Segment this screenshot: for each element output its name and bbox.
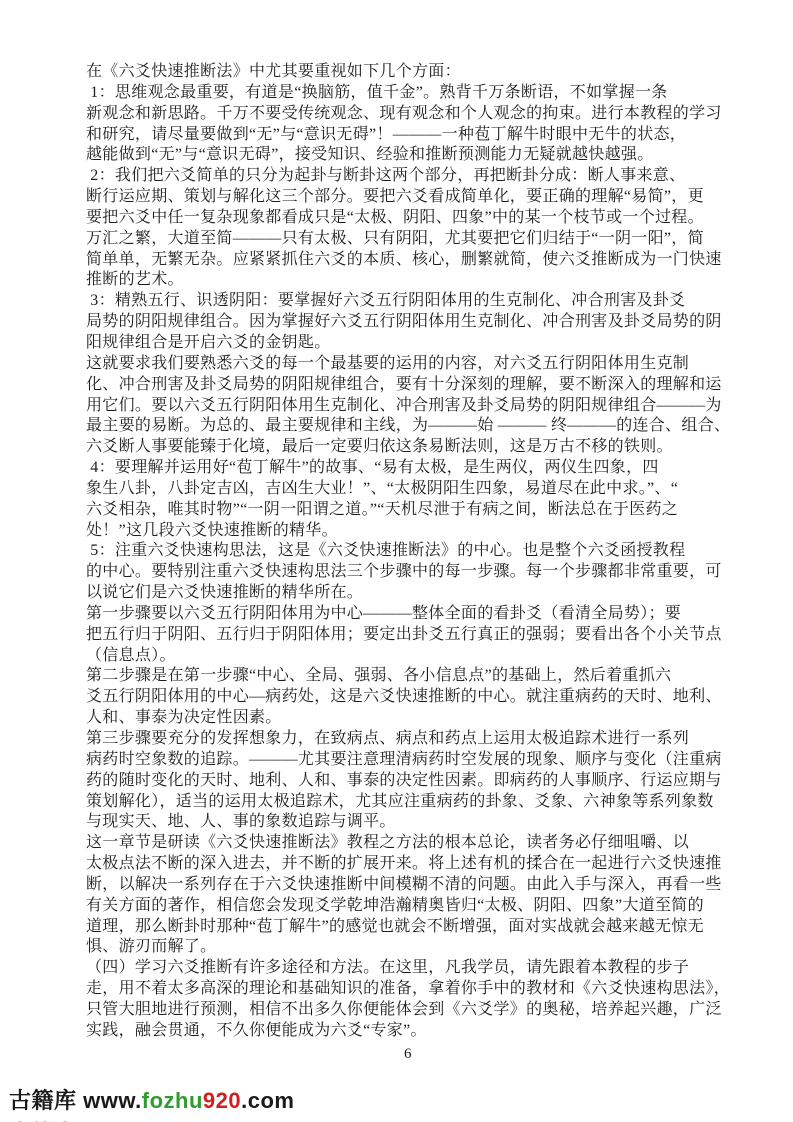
text-line: 推断的艺术。 — [86, 270, 760, 291]
page-number: 6 — [404, 1046, 412, 1063]
watermark-logo: 古籍库 www.fozhu920.com — [9, 1084, 295, 1115]
text-line: 断行运应期、策划与解化这三个部分。要把六爻看成简单化，要正确的理解“易简”，更 — [86, 187, 760, 208]
text-line: 在《六爻快速推断法》中尤其要重视如下几个方面： — [86, 62, 760, 83]
document-page: 在《六爻快速推断法》中尤其要重视如下几个方面： 1：思维观念最重要，有道是“换脑… — [0, 0, 793, 1122]
text-line: 和研究，请尽量要做到“无”与“意识无碍”！———一种苞丁解牛时眼中无牛的状态， — [86, 125, 760, 146]
text-line: 4：要理解并运用好“苞丁解牛”的故事、“易有太极，是生两仪，两仪生四象，四 — [86, 458, 760, 479]
text-line: 这一章节是研读《六爻快速推断法》教程之方法的根本总论，读者务必仔细咀嚼、以 — [86, 833, 760, 854]
text-line: 第一步骤要以六爻五行阴阳体用为中心———整体全面的看卦爻（看清全局势）；要 — [86, 604, 760, 625]
text-line: 实践，融会贯通，不久你便能成为六爻“专家”。 — [86, 1021, 760, 1042]
text-line: 六爻相杂，唯其时物”“一阴一阳谓之道。”“天机尽泄于有病之间，断法总在于医药之 — [86, 500, 760, 521]
text-line: 万汇之繁，大道至简———只有太极、只有阴阳，尤其要把它们归结于“一阴一阳”，简 — [86, 229, 760, 250]
text-line: 阳规律组合是开启六爻的金钥匙。 — [86, 333, 760, 354]
text-line: 3：精熟五行、识透阴阳：要掌握好六爻五行阴阳体用的生克制化、冲合刑害及卦爻 — [86, 291, 760, 312]
watermark-name-green: fozhu — [142, 1088, 203, 1113]
text-line: 局势的阴阳规律组合。因为掌握好六爻五行阴阳体用生克制化、冲合刑害及卦爻局势的阴 — [86, 312, 760, 333]
text-line: 5：注重六爻快速构思法，这是《六爻快速推断法》的中心。也是整个六爻函授教程 — [86, 541, 760, 562]
text-line: 与现实天、地、人、事的象数追踪与调平。 — [86, 812, 760, 833]
text-line: 处！”这几段六爻快速推断的精华。 — [86, 521, 760, 542]
text-line: 要把六爻中任一复杂现象都看成只是“太极、阴阳、四象”中的某一个枝节或一个过程。 — [86, 208, 760, 229]
watermark-cutoff-strip: 古籍库 www.fozhu920.com — [9, 1116, 294, 1122]
text-line: 只管大胆地进行预测，相信不出多久你便能体会到《六爻学》的奥秘，培养起兴趣，广泛 — [86, 1000, 760, 1021]
text-line: 六爻断人事要能臻于化境，最后一定要归依这条易断法则，这是万古不移的铁则。 — [86, 437, 760, 458]
text-line: 简单单，无繁无杂。应紧紧抓住六爻的本质、核心，删繁就简，使六爻推断成为一门快速 — [86, 250, 760, 271]
text-line: 道理，那么断卦时那种“苞丁解牛”的感觉也就会不断增强，面对实战就会越来越无惊无 — [86, 917, 760, 938]
text-line: 第二步骤是在第一步骤“中心、全局、强弱、各小信息点”的基础上，然后着重抓六 — [86, 666, 760, 687]
text-line: 断，以解决一系列存在于六爻快速推断中间模糊不清的问题。由此入手与深入，再看一些 — [86, 875, 760, 896]
text-line: 策划解化），适当的运用太极追踪术，尤其应注重病药的卦象、爻象、六神象等系列象数 — [86, 792, 760, 813]
text-line: 病药时空象数的追踪。———尤其要注意理清病药时空发展的现象、顺序与变化（注重病 — [86, 750, 760, 771]
text-line: 药的随时变化的天时、地利、人和、事泰的决定性因素。即病药的人事顺序、行运应期与 — [86, 771, 760, 792]
text-line: 这就要求我们要熟悉六爻的每一个最基要的运用的内容，对六爻五行阴阳体用生克制 — [86, 354, 760, 375]
text-line: （四）学习六爻推断有许多途径和方法。在这里，凡我学员，请先跟着本教程的步子 — [86, 958, 760, 979]
text-line: 1：思维观念最重要，有道是“换脑筋，值千金”。熟背千万条断语，不如掌握一条 — [86, 83, 760, 104]
text-line: 以说它们是六爻快速推断的精华所在。 — [86, 583, 760, 604]
watermark-name-red: 920 — [203, 1088, 241, 1113]
text-line: 有关方面的著作，相信您会发现爻学乾坤浩瀚精奥皆归“太极、阴阳、四象”大道至简的 — [86, 896, 760, 917]
text-line: 化、冲合刑害及卦爻局势的阴阳规律组合，要有十分深刻的理解，要不断深入的理解和运 — [86, 375, 760, 396]
watermark-prefix: 古籍库 — [9, 1088, 77, 1113]
text-line: 最主要的易断。为总的、最主要规律和主线，为———始 ——— 终———的连合、组合… — [86, 416, 760, 437]
text-line: 越能做到“无”与“意识无碍”，接受知识、经验和推断预测能力无疑就越快越强。 — [86, 145, 760, 166]
text-line: 的中心。要特别注重六爻快速构思法三个步骤中的每一步骤。每一个步骤都非常重要，可 — [86, 562, 760, 583]
text-line: 人和、事泰为决定性因素。 — [86, 708, 760, 729]
text-line: 走，用不着太多高深的理论和基础知识的准备，拿着你手中的教材和《六爻快速构思法》， — [86, 979, 760, 1000]
document-text: 在《六爻快速推断法》中尤其要重视如下几个方面： 1：思维观念最重要，有道是“换脑… — [86, 62, 760, 1042]
text-line: 新观念和新思路。千万不要受传统观念、现有观念和个人观念的拘束。进行本教程的学习 — [86, 104, 760, 125]
text-line: 把五行归于阴阳、五行归于阴阳体用；要定出卦爻五行真正的强弱；要看出各个小关节点 — [86, 625, 760, 646]
watermark-www: www. — [77, 1088, 142, 1113]
text-line: 爻五行阴阳体用的中心—病药处，这是六爻快速推断的中心。就注重病药的天时、地利、 — [86, 687, 760, 708]
watermark-com: .com — [241, 1088, 294, 1113]
text-line: （信息点）。 — [86, 646, 760, 667]
text-line: 用它们。要以六爻五行阴阳体用生克制化、冲合刑害及卦爻局势的阴阳规律组合———为 — [86, 396, 760, 417]
text-line: 象生八卦，八卦定吉凶，吉凶生大业！”、“太极阴阳生四象，易道尽在此中求。”、“ — [86, 479, 760, 500]
text-line: 惧、游刃而解了。 — [86, 937, 760, 958]
text-line: 第三步骤要充分的发挥想象力，在致病点、病点和药点上运用太极追踪术进行一系列 — [86, 729, 760, 750]
text-line: 2：我们把六爻简单的只分为起卦与断卦这两个部分，再把断卦分成：断人事来意、 — [86, 166, 760, 187]
text-line: 太极点法不断的深入进去，并不断的扩展开来。将上述有机的揉合在一起进行六爻快速推 — [86, 854, 760, 875]
